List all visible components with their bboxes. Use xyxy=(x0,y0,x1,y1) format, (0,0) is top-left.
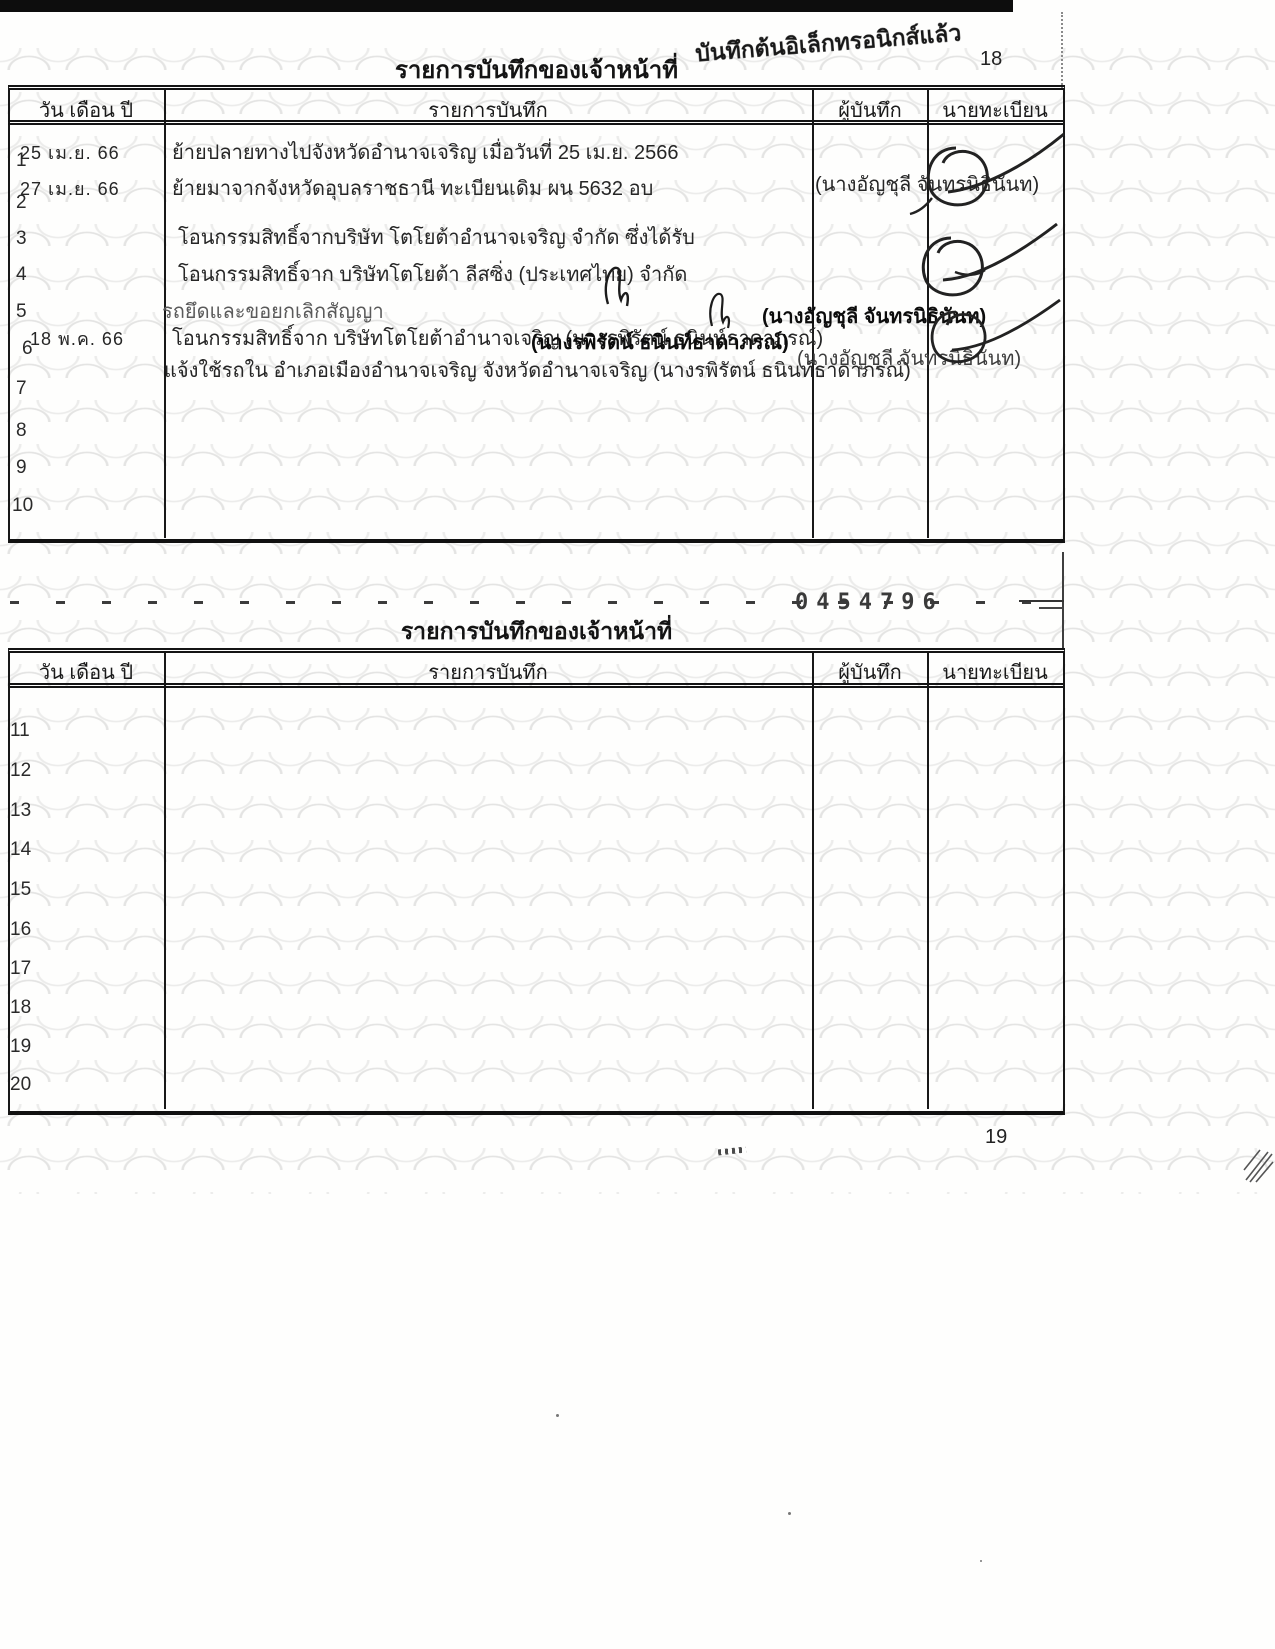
row-number: 17 xyxy=(10,958,31,980)
row-number: 9 xyxy=(16,457,27,479)
entry-text: ย้ายปลายทางไปจังหวัดอำนาจเจริญ เมื่อวันท… xyxy=(172,136,679,168)
row-number: 13 xyxy=(10,800,31,822)
row-number: 3 xyxy=(16,228,27,250)
table2-col2-divider xyxy=(812,653,814,1109)
table2-header-recorder: ผู้บันทึก xyxy=(814,656,926,688)
row-number: 7 xyxy=(16,378,27,400)
scan-speck xyxy=(788,1512,791,1515)
row-number: 15 xyxy=(10,879,31,901)
corner-mark-hline xyxy=(1019,600,1064,602)
registrar-signature xyxy=(898,128,1070,220)
row-number: 4 xyxy=(16,264,27,286)
entry-date: 27 เม.ย. 66 xyxy=(20,174,120,203)
scan-top-black-bar xyxy=(0,0,1013,12)
row-number: 14 xyxy=(10,839,31,861)
table2-col1-divider xyxy=(164,653,166,1109)
row-number: 16 xyxy=(10,919,31,941)
row-number: 19 xyxy=(10,1036,31,1058)
row-number: 20 xyxy=(10,1074,31,1096)
row-number: 10 xyxy=(12,495,33,517)
registrar-signature xyxy=(895,220,1063,308)
table1-header-date: วัน เดือน ปี xyxy=(10,94,162,126)
table1-header-registrar: นายทะเบียน xyxy=(929,94,1061,126)
table1-title: รายการบันทึกของเจ้าหน้าที่ xyxy=(8,50,1065,89)
table1-header-record: รายการบันทึก xyxy=(166,94,810,126)
scan-speck xyxy=(980,1560,982,1562)
row-number: 11 xyxy=(10,720,30,742)
table2-header-record: รายการบันทึก xyxy=(166,656,810,688)
table2-header-date: วัน เดือน ปี xyxy=(10,656,162,688)
row-number: 8 xyxy=(16,420,27,442)
table2-frame xyxy=(8,648,1065,1115)
corner-mark-hline xyxy=(1039,607,1064,609)
table2-header-registrar: นายทะเบียน xyxy=(929,656,1061,688)
table1-header-recorder: ผู้บันทึก xyxy=(814,94,926,126)
scan-speck xyxy=(556,1414,559,1417)
page-number-bottom: 19 xyxy=(985,1126,1007,1149)
entry-date: 25 เม.ย. 66 xyxy=(20,138,120,167)
entry-text: โอนกรรมสิทธิ์จากบริษัท โตโยต้าอำนาจเจริญ… xyxy=(178,221,695,253)
pen-scribble xyxy=(1242,1122,1275,1184)
ink-smudge xyxy=(718,1147,746,1156)
table2-col3-divider xyxy=(927,653,929,1109)
row-number: 18 xyxy=(10,997,31,1019)
table2-title: รายการบันทึกของเจ้าหน้าที่ xyxy=(8,614,1065,650)
entry-text: ย้ายมาจากจังหวัดอุบลราชธานี ทะเบียนเดิม … xyxy=(172,172,653,204)
row-number: 5 xyxy=(16,301,27,323)
row-number: 12 xyxy=(10,760,31,782)
handwritten-mark xyxy=(598,260,632,310)
book-serial-number: 0454796 xyxy=(795,590,944,615)
registrar-signature xyxy=(908,298,1066,372)
scanned-registration-page: บันทึกต้นอิเล็กทรอนิกส์แล้ว 18 รายการบัน… xyxy=(0,0,1275,1649)
handwritten-mark xyxy=(703,288,733,332)
entry-date: 18 พ.ค. 66 xyxy=(30,324,124,353)
